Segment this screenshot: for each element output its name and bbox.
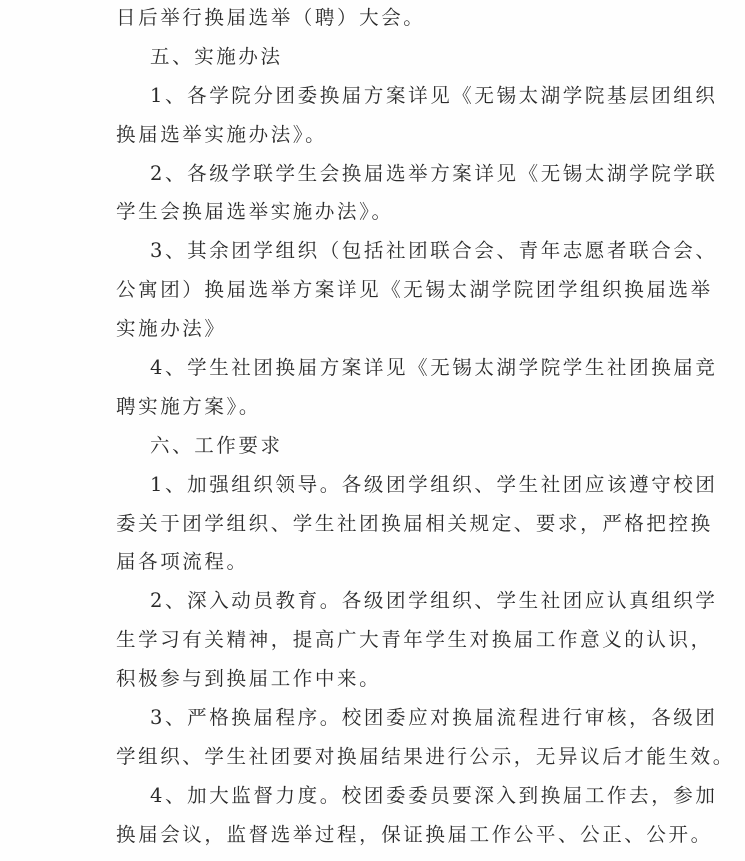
list-item-line: 2、各级学联学生会换届选举方案详见《无锡太湖学院学联 bbox=[116, 155, 676, 194]
list-item-line: 学生会换届选举实施办法》。 bbox=[116, 193, 676, 232]
list-item-line: 2、深入动员教育。各级团学组织、学生社团应认真组织学 bbox=[116, 582, 676, 621]
section-heading-implementation: 五、实施办法 bbox=[116, 38, 676, 77]
list-item-line: 换届选举实施办法》。 bbox=[116, 116, 676, 155]
list-item-line: 聘实施方案》。 bbox=[116, 388, 676, 427]
list-item-line: 4、学生社团换届方案详见《无锡太湖学院学生社团换届竞 bbox=[116, 349, 676, 388]
list-item-line: 届各项流程。 bbox=[116, 543, 676, 582]
document-body: 日后举行换届选举（聘）大会。 五、实施办法 1、各学院分团委换届方案详见《无锡太… bbox=[116, 0, 676, 855]
list-item-line: 生学习有关精神，提高广大青年学生对换届工作意义的认识， bbox=[116, 621, 676, 660]
list-item-line: 公寓团）换届选举方案详见《无锡太湖学院团学组织换届选举 bbox=[116, 271, 676, 310]
list-item-line: 3、其余团学组织（包括社团联合会、青年志愿者联合会、 bbox=[116, 232, 676, 271]
section-heading-requirements: 六、工作要求 bbox=[116, 427, 676, 466]
list-item-line: 1、各学院分团委换届方案详见《无锡太湖学院基层团组织 bbox=[116, 77, 676, 116]
paragraph-continuation-line: 日后举行换届选举（聘）大会。 bbox=[116, 0, 676, 38]
list-item-line: 积极参与到换届工作中来。 bbox=[116, 660, 676, 699]
list-item-line: 4、加大监督力度。校团委委员要深入到换届工作去，参加 bbox=[116, 777, 676, 816]
list-item-line: 1、加强组织领导。各级团学组织、学生社团应该遵守校团 bbox=[116, 466, 676, 505]
document-page: 日后举行换届选举（聘）大会。 五、实施办法 1、各学院分团委换届方案详见《无锡太… bbox=[0, 0, 745, 861]
list-item-line: 换届会议，监督选举过程，保证换届工作公平、公正、公开。 bbox=[116, 816, 676, 855]
list-item-line: 实施办法》 bbox=[116, 310, 676, 349]
list-item-line: 委关于团学组织、学生社团换届相关规定、要求，严格把控换 bbox=[116, 505, 676, 544]
list-item-line: 3、严格换届程序。校团委应对换届流程进行审核，各级团 bbox=[116, 699, 676, 738]
list-item-line: 学组织、学生社团要对换届结果进行公示，无异议后才能生效。 bbox=[116, 738, 676, 777]
